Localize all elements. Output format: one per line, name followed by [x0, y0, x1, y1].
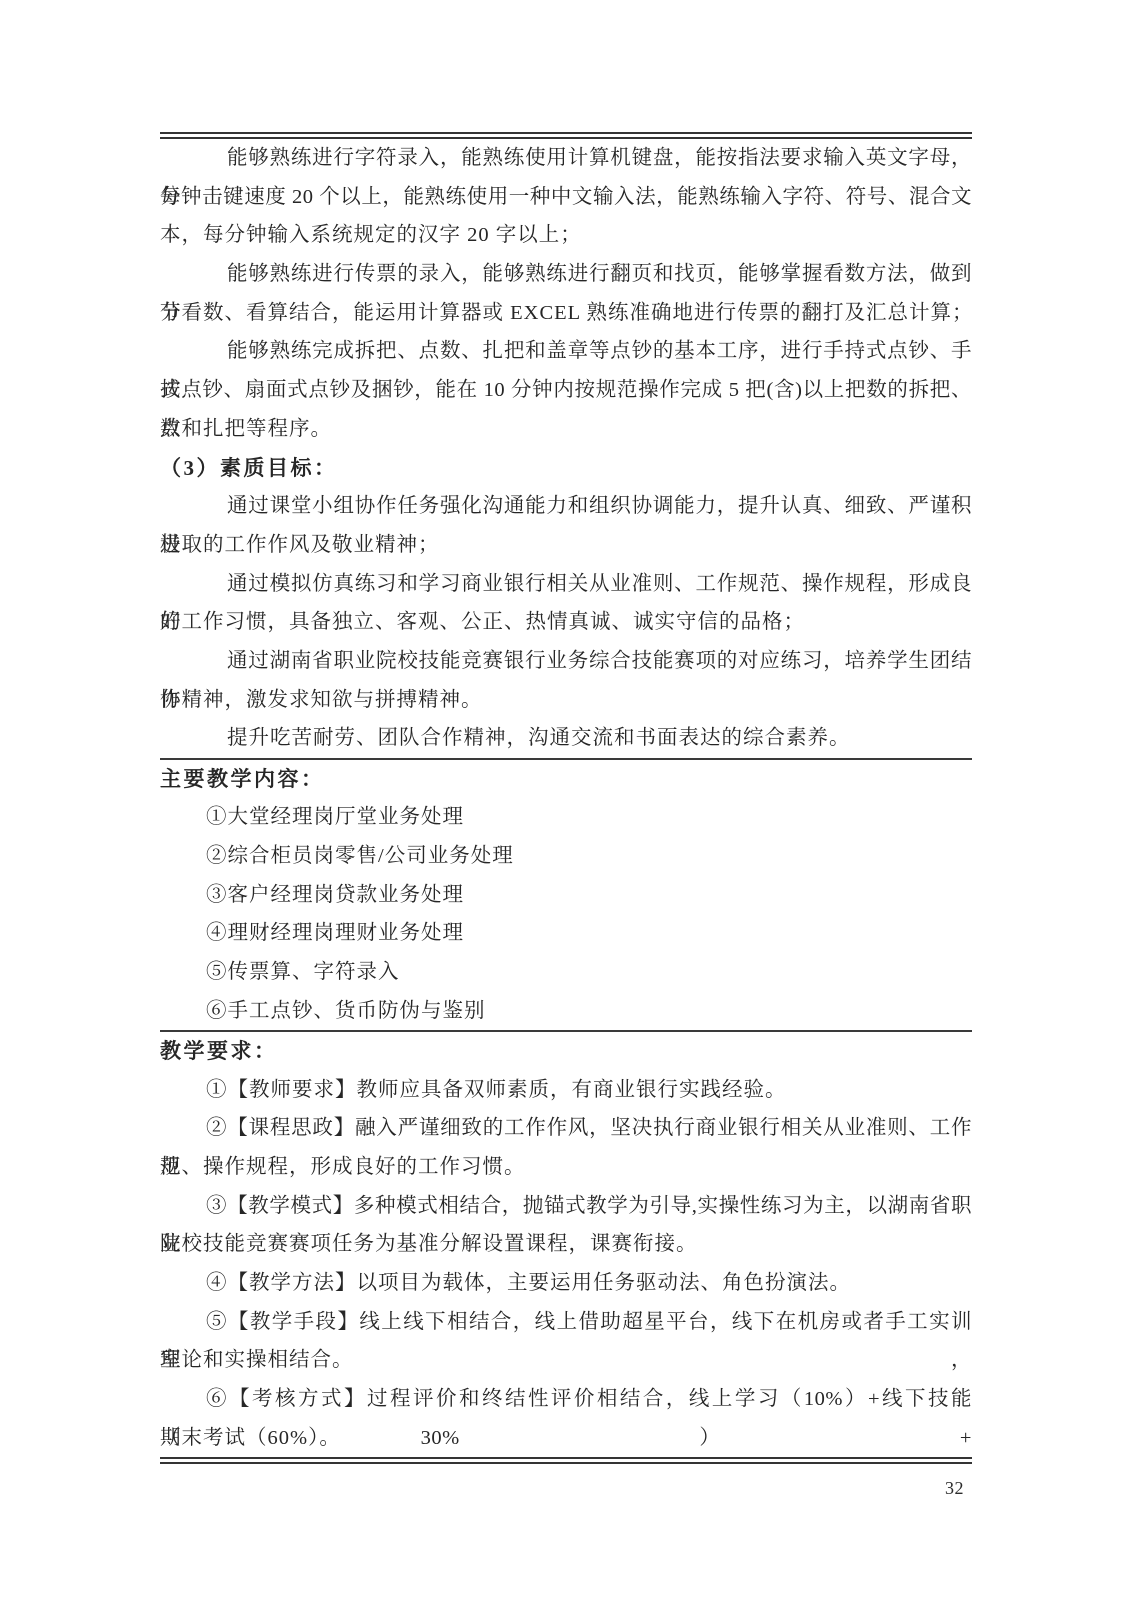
text-line: 式点钞、扇面式点钞及捆钞，能在 10 分钟内按规范操作完成 5 把(含)以上把数… — [160, 371, 972, 410]
table-border-bottom — [160, 1457, 972, 1464]
text-line: ⑤【教学手段】线上线下相结合，线上借助超星平台，线下在机房或者手工实训室， — [160, 1303, 972, 1342]
text-line: 范、操作规程，形成良好的工作习惯。 — [160, 1148, 972, 1187]
teaching-content-heading: 主要教学内容： — [160, 760, 972, 799]
text-line: ④理财经理岗理财业务处理 — [160, 914, 972, 953]
text-line: 的工作习惯，具备独立、客观、公正、热情真诚、诚实守信的品格； — [160, 603, 972, 642]
text-line: 进取的工作作风及敬业精神； — [160, 526, 972, 565]
quality-goal-heading: （3）素质目标： — [160, 449, 972, 488]
text-line: ⑥【考核方式】过程评价和终结性评价相结合，线上学习（10%）+线下技能（30%）… — [160, 1380, 972, 1419]
text-line: 分钟击键速度 20 个以上，能熟练使用一种中文输入法，能熟练输入字符、符号、混合… — [160, 178, 972, 217]
page-number: 32 — [160, 1478, 964, 1499]
text-line: ①大堂经理岗厅堂业务处理 — [160, 798, 972, 837]
text-line: 能够熟练进行传票的录入，能够熟练进行翻页和找页，能够掌握看数方法，做到分 — [160, 255, 972, 294]
text-line: 通过模拟仿真练习和学习商业银行相关从业准则、工作规范、操作规程，形成良好 — [160, 565, 972, 604]
text-line: 节看数、看算结合，能运用计算器或 EXCEL 熟练准确地进行传票的翻打及汇总计算… — [160, 294, 972, 333]
text-line: 数和扎把等程序。 — [160, 410, 972, 449]
text-line: ③客户经理岗贷款业务处理 — [160, 876, 972, 915]
text-line: ⑤传票算、字符录入 — [160, 953, 972, 992]
text-line: 通过湖南省职业院校技能竞赛银行业务综合技能赛项的对应练习，培养学生团结协 — [160, 642, 972, 681]
text-line: 通过课堂小组协作任务强化沟通能力和组织协调能力，提升认真、细致、严谨积极 — [160, 487, 972, 526]
text-line: 本，每分钟输入系统规定的汉字 20 字以上； — [160, 216, 972, 255]
teaching-requirements-heading: 教学要求： — [160, 1032, 972, 1071]
text-line: ③【教学模式】多种模式相结合，抛锚式教学为引导,实操性练习为主，以湖南省职业 — [160, 1187, 972, 1226]
text-line: 作精神，激发求知欲与拼搏精神。 — [160, 681, 972, 720]
table-border-top — [160, 132, 972, 139]
section-teaching-requirements: 教学要求：①【教师要求】教师应具备双师素质，有商业银行实践经验。②【课程思政】融… — [160, 1032, 972, 1458]
text-line: ①【教师要求】教师应具备双师素质，有商业银行实践经验。 — [160, 1071, 972, 1110]
document-page: 能够熟练进行字符录入，能熟练使用计算机键盘，能按指法要求输入英文字母，每分钟击键… — [0, 0, 1131, 1600]
text-line: ②【课程思政】融入严谨细致的工作作风，坚决执行商业银行相关从业准则、工作规 — [160, 1109, 972, 1148]
text-line: 能够熟练进行字符录入，能熟练使用计算机键盘，能按指法要求输入英文字母，每 — [160, 139, 972, 178]
text-line: ②综合柜员岗零售/公司业务处理 — [160, 837, 972, 876]
text-line: 能够熟练完成拆把、点数、扎把和盖章等点钞的基本工序，进行手持式点钞、手按 — [160, 332, 972, 371]
section-objectives: 能够熟练进行字符录入，能熟练使用计算机键盘，能按指法要求输入英文字母，每分钟击键… — [160, 139, 972, 758]
text-line: ④【教学方法】以项目为载体，主要运用任务驱动法、角色扮演法。 — [160, 1264, 972, 1303]
text-line: 提升吃苦耐劳、团队合作精神，沟通交流和书面表达的综合素养。 — [160, 719, 972, 758]
section-teaching-content: 主要教学内容：①大堂经理岗厅堂业务处理②综合柜员岗零售/公司业务处理③客户经理岗… — [160, 760, 972, 1031]
text-line: 院校技能竞赛赛项任务为基准分解设置课程，课赛衔接。 — [160, 1225, 972, 1264]
text-line: ⑥手工点钞、货币防伪与鉴别 — [160, 992, 972, 1031]
content-column: 能够熟练进行字符录入，能熟练使用计算机键盘，能按指法要求输入英文字母，每分钟击键… — [160, 132, 972, 1464]
